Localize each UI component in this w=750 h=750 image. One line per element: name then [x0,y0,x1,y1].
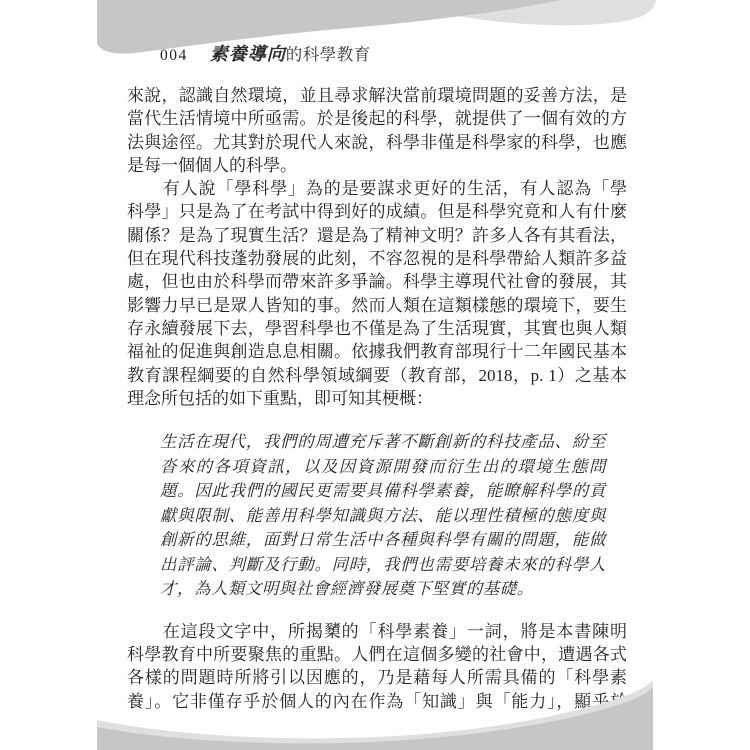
text-line: 科學教育中所要聚焦的重點。人們在這個多變的社會中，遭遇各式 [127,643,627,666]
text-line: 存永續發展下去，學習科學也不僅是為了生活現實，其實也與人類 [127,317,627,340]
running-head: 004 素養導向的科學教育 [160,40,371,62]
text-line: 各樣的問題時所將引以因應的，乃是藉每人所需具備的「科學素 [127,666,627,689]
text-line: 處，但也由於科學而帶來許多爭論。科學主導現代社會的發展，其 [127,270,627,293]
paragraph-1: 來說，認識自然環境，並且尋求解決當前環境問題的妥善方法，是當代生活情境中所亟需。… [127,84,627,177]
text-line: 出評論、判斷及行動。同時，我們也需要培養未來的科學人 [160,553,606,578]
text-line: 創新的思維，面對日常生活中各種與科學有關的問題，能做 [160,528,606,553]
book-title: 素養導向的科學教育 [210,40,371,66]
page-number: 004 [160,47,188,65]
top-swoosh-light-shape [400,0,656,25]
text-line: 有人說「學科學」為的是要謀求更好的生活，有人認為「學 [127,177,627,200]
text-line: 沓來的各項資訊，以及因資源開發而衍生出的環境生態問 [160,455,606,480]
top-swoosh-decoration [0,0,750,62]
text-line: 關係？是為了現實生活？還是為了精神文明？許多人各有其看法， [127,224,627,247]
paragraph-3: 在這段文字中，所揭櫫的「科學素養」一詞，將是本書陳明科學教育中所要聚焦的重點。人… [127,620,627,713]
text-line: 在這段文字中，所揭櫫的「科學素養」一詞，將是本書陳明 [127,620,627,643]
text-line: 題。因此我們的國民更需要具備科學素養，能瞭解科學的貢 [160,479,606,504]
book-title-rest-part: 的科學教育 [286,46,371,64]
curriculum-quote-block: 生活在現代，我們的周遭充斥著不斷創新的科技產品、紛至沓來的各項資訊，以及因資源開… [160,430,606,602]
text-line: 福祉的促進與創造息息相關。依據我們教育部現行十二年國民基本 [127,340,627,363]
text-line: 才，為人類文明與社會經濟發展奠下堅實的基礎。 [160,577,606,602]
text-line: 是每一個個人的科學。 [127,154,627,177]
text-line: 科學」只是為了在考試中得到好的成績。但是科學究竟和人有什麼 [127,200,627,223]
text-line: 獻與限制、能善用科學知識與方法、能以理性積極的態度與 [160,504,606,529]
paragraph-2: 有人說「學科學」為的是要謀求更好的生活，有人認為「學科學」只是為了在考試中得到好… [127,177,627,410]
text-line: 但在現代科技蓬勃發展的此刻，不容忽視的是科學帶給人類許多益 [127,247,627,270]
book-title-script-part: 素養導向 [210,44,286,64]
book-page: { "colors": { "swoosh_dark": "#c6c6c8", … [0,0,750,750]
text-line: 來說，認識自然環境，並且尋求解決當前環境問題的妥善方法，是 [127,84,627,107]
text-line: 法與途徑。尤其對於現代人來說，科學非僅是科學家的科學，也應 [127,131,627,154]
text-line: 生活在現代，我們的周遭充斥著不斷創新的科技產品、紛至 [160,430,606,455]
text-line: 影響力早已是眾人皆知的事。然而人類在這類樣態的環境下，要生 [127,294,627,317]
page-body-text: 來說，認識自然環境，並且尋求解決當前環境問題的妥善方法，是當代生活情境中所亟需。… [127,84,627,713]
text-line: 養」。它非僅存乎於個人的內在作為「知識」與「能力」，顯乎於 [127,690,627,713]
text-line: 理念所包括的如下重點，即可知其梗概： [127,387,627,410]
text-line: 當代生活情境中所亟需。於是後起的科學，就提供了一個有效的方 [127,107,627,130]
text-line: 教育課程綱要的自然科學領域綱要（教育部，2018，p. 1）之基本 [127,364,627,387]
